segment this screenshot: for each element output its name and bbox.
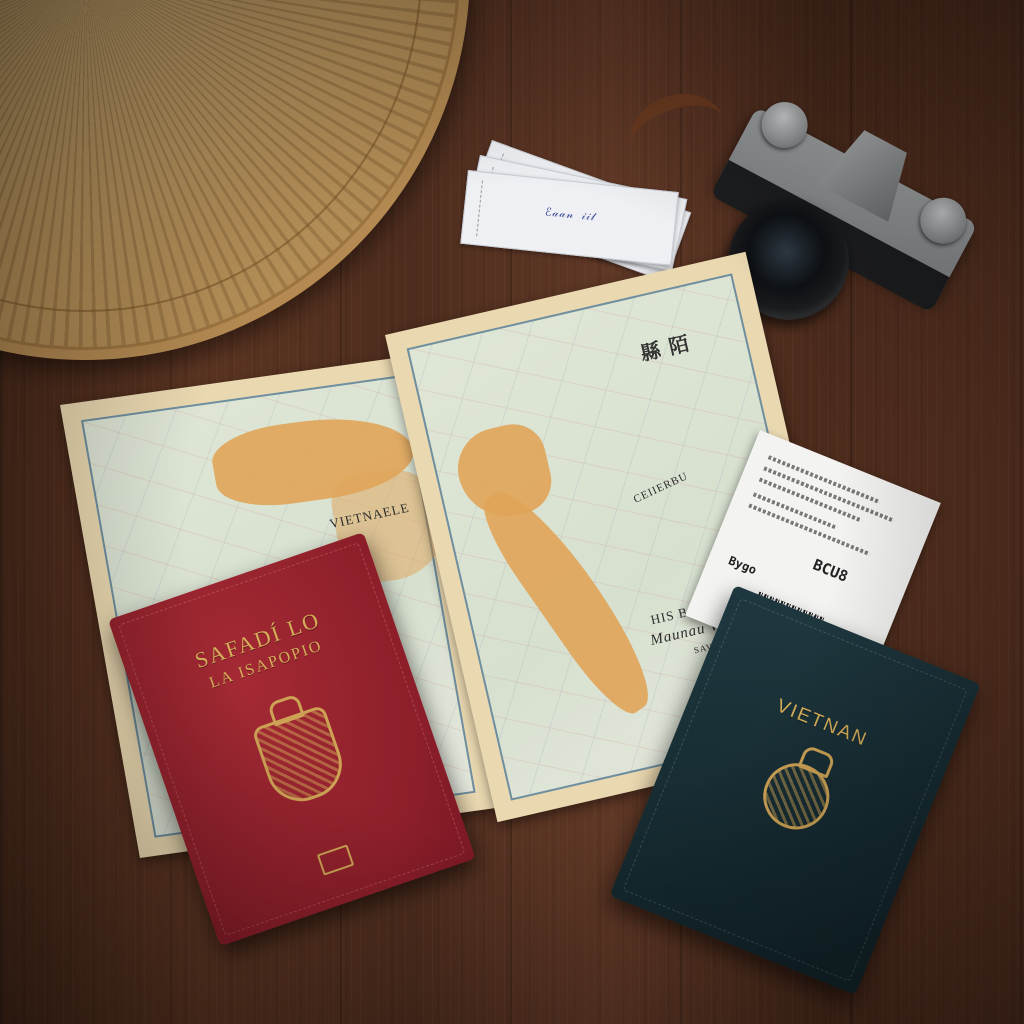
boarding-code: BCU8 xyxy=(810,556,850,586)
map-sea-label: CEIIERBU xyxy=(632,470,690,506)
ticket-perforation xyxy=(476,181,483,237)
photo-scene: ℰ𝒶𝒶𝓃 𝒾𝓁 𝓂𝓃 ℰ𝒶𝒶 𝒶𝓈 𝒾𝓊𝓉 ℰ𝒶𝒶𝓃 𝒾𝒾𝓁 VIETNAELE xyxy=(0,0,1024,1024)
boarding-side-text: Bygo xyxy=(726,553,758,577)
ticket-handwriting: ℰ𝒶𝒶𝓃 𝒾𝒾𝓁 xyxy=(544,205,596,224)
boarding-text-line xyxy=(763,466,894,522)
boarding-text-line xyxy=(768,455,881,504)
boarding-text-line xyxy=(748,504,870,556)
map-title: 縣 陌 xyxy=(637,327,692,366)
map-land-strip xyxy=(470,477,668,724)
